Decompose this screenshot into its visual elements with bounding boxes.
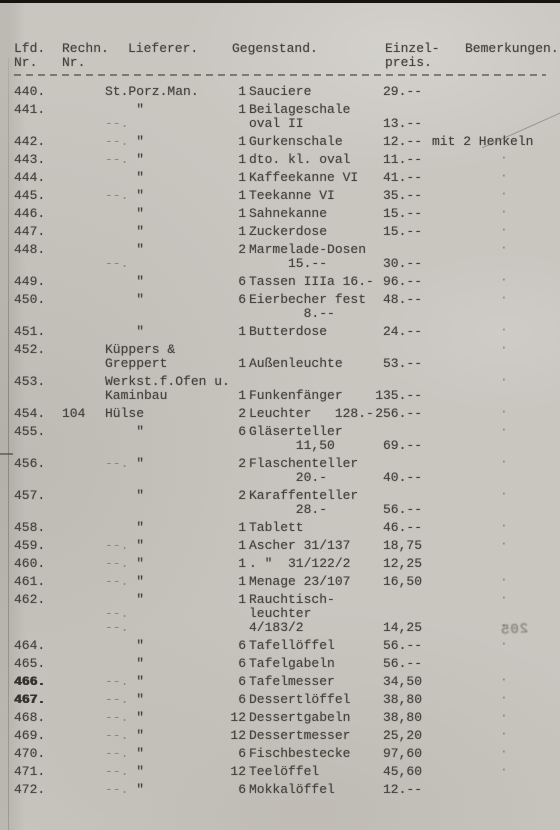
item: Teekanne VI	[246, 189, 349, 203]
table-line: 453. Werkst.f.Ofen u. ·	[14, 375, 546, 389]
row-number: 471.	[14, 765, 62, 779]
quantity	[230, 257, 246, 271]
item: Dessertgabeln	[246, 711, 349, 725]
unit-price: 13.--	[349, 117, 422, 131]
remark-cell: ·	[422, 521, 546, 535]
remark-cell: ·	[422, 425, 546, 439]
item: Leuchter 128.-	[246, 407, 349, 421]
item: oval II	[246, 117, 349, 131]
remark-speck: ·	[500, 709, 508, 723]
remark-cell: ·	[422, 189, 546, 203]
supplier-ditto-prefix: --.	[105, 692, 128, 707]
item: Sahnekanne	[246, 207, 349, 221]
item: leuchter	[246, 607, 349, 621]
row-number: 449.	[14, 275, 62, 289]
invoice-number	[62, 439, 105, 453]
table-line: 454. 104 Hülse 2 Leuchter 128.- 256.-- ·	[14, 407, 546, 421]
remark-speck: ·	[500, 537, 508, 551]
quantity: 12	[230, 729, 246, 743]
supplier-ditto-prefix: --.	[105, 538, 128, 553]
table-line: --. 4/183/2 14,25 ·	[14, 621, 546, 635]
remark-cell: ·	[422, 407, 546, 421]
quantity	[230, 307, 246, 321]
invoice-number	[62, 275, 105, 289]
unit-price	[349, 425, 422, 439]
row-number: 445.	[14, 189, 62, 203]
table-line: 445. --. " 1 Teekanne VI 35.-- ·	[14, 189, 546, 203]
remark-speck: ·	[500, 241, 508, 255]
row-number	[14, 471, 62, 485]
table-line: --. 15.-- 30.--	[14, 257, 546, 271]
table-line: 452. Küppers & ·	[14, 343, 546, 357]
invoice-number	[62, 293, 105, 307]
supplier-ditto-prefix: --.	[105, 152, 128, 167]
table-row: 462. " 1 Rauchtisch- · --. leuchter --. …	[14, 593, 546, 635]
invoice-number	[62, 189, 105, 203]
unit-price: 14,25	[349, 621, 422, 635]
supplier-cell: --. "	[105, 189, 230, 203]
quantity: 1	[230, 189, 246, 203]
unit-price: 11.--	[349, 153, 422, 167]
supplier-cell: Hülse	[105, 407, 230, 421]
row-number	[14, 257, 62, 271]
supplier: "	[128, 538, 144, 553]
unit-price: 256.--	[349, 407, 422, 421]
remark-cell: ·	[422, 639, 546, 653]
invoice-number	[62, 103, 105, 117]
supplier-cell	[105, 307, 230, 321]
supplier-cell: "	[105, 521, 230, 535]
item: Mokkalöffel	[246, 783, 349, 797]
header-einzelpreis: Einzel-	[349, 42, 422, 56]
table-row: 450. " 6 Eierbecher fest 48.-- · 8.--	[14, 293, 546, 321]
unit-price: 12,25	[349, 557, 422, 571]
remark-speck: ·	[500, 291, 508, 305]
supplier: Greppert	[105, 356, 167, 371]
row-number: 466.	[14, 675, 62, 689]
unit-price: 56.--	[349, 503, 422, 517]
header-lieferer: Lieferer.	[105, 42, 230, 56]
supplier-ditto-prefix: --.	[105, 782, 128, 797]
supplier: Hülse	[105, 406, 144, 421]
remark-speck: ·	[500, 727, 508, 741]
invoice-number	[62, 593, 105, 607]
supplier: "	[105, 520, 144, 535]
supplier-ditto-prefix: --.	[105, 674, 128, 689]
header-rule	[14, 74, 546, 76]
invoice-number	[62, 521, 105, 535]
remark-cell: ·	[422, 153, 546, 167]
invoice-number	[62, 207, 105, 221]
table-line: 459. --. " 1 Ascher 31/137 18,75 ·	[14, 539, 546, 553]
unit-price: 25,20	[349, 729, 422, 743]
row-number: 451.	[14, 325, 62, 339]
item: Tafellöffel	[246, 639, 349, 653]
row-number	[14, 307, 62, 321]
invoice-number	[62, 607, 105, 621]
remark-cell	[422, 257, 546, 271]
remark-speck: ·	[500, 619, 508, 633]
item: Flaschenteller	[246, 457, 349, 471]
item: Tafelmesser	[246, 675, 349, 689]
item: Tablett	[246, 521, 349, 535]
table-body: 440. St.Porz.Man. 1 Sauciere 29.-- 441. …	[14, 85, 546, 797]
row-number	[14, 503, 62, 517]
remark-cell: ·	[422, 729, 546, 743]
item: Rauchtisch-	[246, 593, 349, 607]
remark-cell	[422, 103, 546, 117]
table-line: Kaminbau 1 Funkenfänger 135.--	[14, 389, 546, 403]
remark-speck: ·	[500, 455, 508, 469]
supplier: "	[105, 224, 144, 239]
quantity: 6	[230, 657, 246, 671]
supplier: "	[128, 674, 144, 689]
table-line: 440. St.Porz.Man. 1 Sauciere 29.--	[14, 85, 546, 99]
unit-price: 38,80	[349, 711, 422, 725]
row-number: 465.	[14, 657, 62, 671]
item: Menage 23/107	[246, 575, 349, 589]
item	[246, 375, 349, 389]
item: Teelöffel	[246, 765, 349, 779]
remark-cell: ·	[422, 675, 546, 689]
row-number: 450.	[14, 293, 62, 307]
table-row: 469. --. " 12 Dessertmesser 25,20 ·	[14, 729, 546, 743]
table-row: 443. --. " 1 dto. kl. oval 11.-- ·	[14, 153, 546, 167]
item: 15.--	[246, 257, 349, 271]
quantity: 1	[230, 357, 246, 371]
unit-price: 15.--	[349, 207, 422, 221]
remark-speck: ·	[500, 151, 508, 165]
quantity: 1	[230, 575, 246, 589]
invoice-number	[62, 557, 105, 571]
supplier: "	[105, 292, 144, 307]
supplier-cell: --.	[105, 257, 230, 271]
remark-speck: ·	[500, 763, 508, 777]
row-number: 458.	[14, 521, 62, 535]
supplier-cell: --. "	[105, 135, 230, 149]
quantity	[230, 343, 246, 357]
table-row: 467. --. " 6 Dessertlöffel 38,80 ·	[14, 693, 546, 707]
supplier-cell: --. "	[105, 729, 230, 743]
supplier: "	[128, 188, 144, 203]
item: Butterdose	[246, 325, 349, 339]
table-line: 466. --. " 6 Tafelmesser 34,50 ·	[14, 675, 546, 689]
table-line: 444. " 1 Kaffeekanne VI 41.-- ·	[14, 171, 546, 185]
remark-speck: ·	[500, 223, 508, 237]
supplier-cell: "	[105, 657, 230, 671]
remark-cell	[422, 783, 546, 797]
remark-speck: ·	[500, 169, 508, 183]
invoice-number	[62, 657, 105, 671]
table-line: 469. --. " 12 Dessertmesser 25,20 ·	[14, 729, 546, 743]
remark-cell: ·	[422, 693, 546, 707]
supplier: Werkst.f.Ofen u.	[105, 374, 230, 389]
supplier: "	[105, 170, 144, 185]
remark-speck: ·	[500, 205, 508, 219]
item: Beilageschale	[246, 103, 349, 117]
table-line: 8.--	[14, 307, 546, 321]
remark-speck: ·	[500, 673, 508, 687]
item: Eierbecher fest	[246, 293, 349, 307]
supplier: "	[128, 556, 144, 571]
supplier-cell: --. "	[105, 765, 230, 779]
supplier-cell: --. "	[105, 557, 230, 571]
supplier-ditto-prefix: --.	[105, 606, 128, 621]
quantity: 6	[230, 675, 246, 689]
table-row: 453. Werkst.f.Ofen u. · Kaminbau 1 Funke…	[14, 375, 546, 403]
supplier-cell: "	[105, 325, 230, 339]
row-number: 460.	[14, 557, 62, 571]
quantity: 6	[230, 639, 246, 653]
remark-speck: ·	[500, 405, 508, 419]
item: 11,50	[246, 439, 349, 453]
invoice-number	[62, 729, 105, 743]
supplier: "	[105, 488, 144, 503]
invoice-number	[62, 783, 105, 797]
row-number	[14, 389, 62, 403]
item: Tassen IIIa 16.-	[246, 275, 349, 289]
unit-price: 46.--	[349, 521, 422, 535]
row-number: 441.	[14, 103, 62, 117]
row-number	[14, 621, 62, 635]
quantity	[230, 439, 246, 453]
item: Marmelade-Dosen	[246, 243, 349, 257]
supplier-cell: --.	[105, 621, 230, 635]
supplier: "	[128, 764, 144, 779]
invoice-number	[62, 325, 105, 339]
item: 20.-	[246, 471, 349, 485]
remark-cell: ·	[422, 747, 546, 761]
row-number	[14, 357, 62, 371]
item: Funkenfänger	[246, 389, 349, 403]
supplier: "	[105, 102, 144, 117]
remark-cell: ·	[422, 293, 546, 307]
unit-price	[349, 243, 422, 257]
remark-cell: ·	[422, 489, 546, 503]
unit-price	[349, 307, 422, 321]
unit-price: 34,50	[349, 675, 422, 689]
item: 4/183/2	[246, 621, 349, 635]
supplier: "	[105, 242, 144, 257]
supplier-cell: "	[105, 103, 230, 117]
row-number: 467.	[14, 693, 62, 707]
supplier-cell: Greppert	[105, 357, 230, 371]
invoice-number	[62, 457, 105, 471]
supplier: "	[105, 592, 144, 607]
row-number: 455.	[14, 425, 62, 439]
item: dto. kl. oval	[246, 153, 349, 167]
item: Zuckerdose	[246, 225, 349, 239]
quantity: 1	[230, 225, 246, 239]
quantity: 1	[230, 135, 246, 149]
invoice-number	[62, 747, 105, 761]
supplier: Kaminbau	[105, 388, 167, 403]
item: Dessertlöffel	[246, 693, 349, 707]
supplier-ditto-prefix: --.	[105, 764, 128, 779]
remark-speck: ·	[500, 637, 508, 651]
unit-price: 53.--	[349, 357, 422, 371]
row-number: 462.	[14, 593, 62, 607]
table-line: Greppert 1 Außenleuchte 53.--	[14, 357, 546, 371]
quantity: 1	[230, 103, 246, 117]
remark-cell: ·	[422, 325, 546, 339]
table-row: 459. --. " 1 Ascher 31/137 18,75 ·	[14, 539, 546, 553]
supplier-cell: --. "	[105, 693, 230, 707]
row-number: 448.	[14, 243, 62, 257]
invoice-number	[62, 489, 105, 503]
invoice-number	[62, 243, 105, 257]
remark-speck: ·	[500, 573, 508, 587]
invoice-number	[62, 135, 105, 149]
row-number	[14, 607, 62, 621]
supplier-cell: --. "	[105, 575, 230, 589]
table-row: 445. --. " 1 Teekanne VI 35.-- ·	[14, 189, 546, 203]
supplier-cell: --. "	[105, 783, 230, 797]
row-number: 468.	[14, 711, 62, 725]
item: 8.--	[246, 307, 349, 321]
invoice-number	[62, 343, 105, 357]
remark-cell	[422, 503, 546, 517]
unit-price: 35.--	[349, 189, 422, 203]
table-line: --. leuchter	[14, 607, 546, 621]
supplier: Küppers &	[105, 342, 175, 357]
table-line: 471. --. " 12 Teelöffel 45,60 ·	[14, 765, 546, 779]
remark-speck: ·	[500, 323, 508, 337]
quantity: 1	[230, 539, 246, 553]
supplier-ditto-prefix: --.	[105, 728, 128, 743]
supplier-ditto-prefix: --.	[105, 556, 128, 571]
invoice-number	[62, 171, 105, 185]
supplier-cell: Werkst.f.Ofen u.	[105, 375, 230, 389]
quantity: 6	[230, 275, 246, 289]
table-row: 454. 104 Hülse 2 Leuchter 128.- 256.-- ·	[14, 407, 546, 421]
quantity: 2	[230, 457, 246, 471]
row-number: 469.	[14, 729, 62, 743]
remark-cell	[422, 307, 546, 321]
remark-speck: ·	[500, 519, 508, 533]
supplier-cell: --. "	[105, 675, 230, 689]
row-number	[14, 439, 62, 453]
unit-price: 56.--	[349, 639, 422, 653]
supplier-cell	[105, 439, 230, 453]
supplier-cell	[105, 471, 230, 485]
supplier-cell: "	[105, 171, 230, 185]
row-number: 459.	[14, 539, 62, 553]
quantity	[230, 117, 246, 131]
unit-price: 12.--	[349, 783, 422, 797]
quantity	[230, 621, 246, 635]
table-line: 446. " 1 Sahnekanne 15.-- ·	[14, 207, 546, 221]
invoice-number	[62, 117, 105, 131]
item: Karaffenteller	[246, 489, 349, 503]
item: Kaffeekanne VI	[246, 171, 349, 185]
supplier-cell: Küppers &	[105, 343, 230, 357]
remark-cell: ·	[422, 575, 546, 589]
supplier-ditto-prefix: --.	[105, 116, 128, 131]
table-line: 472. --. " 6 Mokkalöffel 12.--	[14, 783, 546, 797]
invoice-number	[62, 693, 105, 707]
invoice-number	[62, 621, 105, 635]
row-number: 452.	[14, 343, 62, 357]
quantity	[230, 503, 246, 517]
table-line: 450. " 6 Eierbecher fest 48.-- ·	[14, 293, 546, 307]
table-row: 446. " 1 Sahnekanne 15.-- ·	[14, 207, 546, 221]
table-row: 464. " 6 Tafellöffel 56.-- ·	[14, 639, 546, 653]
invoice-number	[62, 225, 105, 239]
table-row: 458. " 1 Tablett 46.-- ·	[14, 521, 546, 535]
quantity: 2	[230, 489, 246, 503]
supplier: "	[128, 710, 144, 725]
item: Gurkenschale	[246, 135, 349, 149]
quantity: 1	[230, 521, 246, 535]
remark-cell	[422, 389, 546, 403]
table-row: 444. " 1 Kaffeekanne VI 41.-- ·	[14, 171, 546, 185]
remark-speck: ·	[500, 423, 508, 437]
table-row: 456. --. " 2 Flaschenteller · 20.- 40.--	[14, 457, 546, 485]
quantity: 1	[230, 389, 246, 403]
supplier: "	[105, 638, 144, 653]
table-line: 449. " 6 Tassen IIIa 16.- 96.-- ·	[14, 275, 546, 289]
unit-price: 38,80	[349, 693, 422, 707]
row-number: 442.	[14, 135, 62, 149]
table-line: 458. " 1 Tablett 46.-- ·	[14, 521, 546, 535]
row-number	[14, 117, 62, 131]
table-row: 472. --. " 6 Mokkalöffel 12.--	[14, 783, 546, 797]
table-line: 441. " 1 Beilageschale	[14, 103, 546, 117]
quantity: 2	[230, 243, 246, 257]
supplier-cell: "	[105, 593, 230, 607]
supplier-cell: "	[105, 489, 230, 503]
unit-price	[349, 103, 422, 117]
remark-cell: ·	[422, 343, 546, 357]
quantity: 1	[230, 153, 246, 167]
item: 28.-	[246, 503, 349, 517]
table-row: 461. --. " 1 Menage 23/107 16,50 ·	[14, 575, 546, 589]
remark-speck: ·	[500, 341, 508, 355]
unit-price	[349, 457, 422, 471]
remark-cell: ·	[422, 275, 546, 289]
inventory-table: Lfd. Rechn. Lieferer. Gegenstand. Einzel…	[0, 0, 560, 797]
item: Sauciere	[246, 85, 349, 99]
supplier-ditto-prefix: --.	[105, 710, 128, 725]
table-row: 441. " 1 Beilageschale --. oval II 13.--	[14, 103, 546, 131]
remark-cell	[422, 471, 546, 485]
supplier-cell: --. "	[105, 153, 230, 167]
remark-cell	[422, 117, 546, 131]
supplier: "	[128, 782, 144, 797]
row-number: 461.	[14, 575, 62, 589]
unit-price	[349, 607, 422, 621]
quantity: 1	[230, 207, 246, 221]
item: . " 31/122/2	[246, 557, 349, 571]
table-row: 449. " 6 Tassen IIIa 16.- 96.-- ·	[14, 275, 546, 289]
invoice-number	[62, 375, 105, 389]
remark-cell: ·	[422, 243, 546, 257]
table-line: 461. --. " 1 Menage 23/107 16,50 ·	[14, 575, 546, 589]
supplier: "	[128, 692, 144, 707]
table-row: 451. " 1 Butterdose 24.-- ·	[14, 325, 546, 339]
table-line: 11,50 69.--	[14, 439, 546, 453]
invoice-number	[62, 575, 105, 589]
row-number: 444.	[14, 171, 62, 185]
table-line: 465. " 6 Tafelgabeln 56.--	[14, 657, 546, 671]
remark-cell	[422, 657, 546, 671]
quantity: 6	[230, 783, 246, 797]
supplier: "	[128, 152, 144, 167]
supplier: St.Porz.Man.	[105, 84, 199, 99]
table-line: 447. " 1 Zuckerdose 15.-- ·	[14, 225, 546, 239]
supplier-ditto-prefix: --.	[105, 188, 128, 203]
